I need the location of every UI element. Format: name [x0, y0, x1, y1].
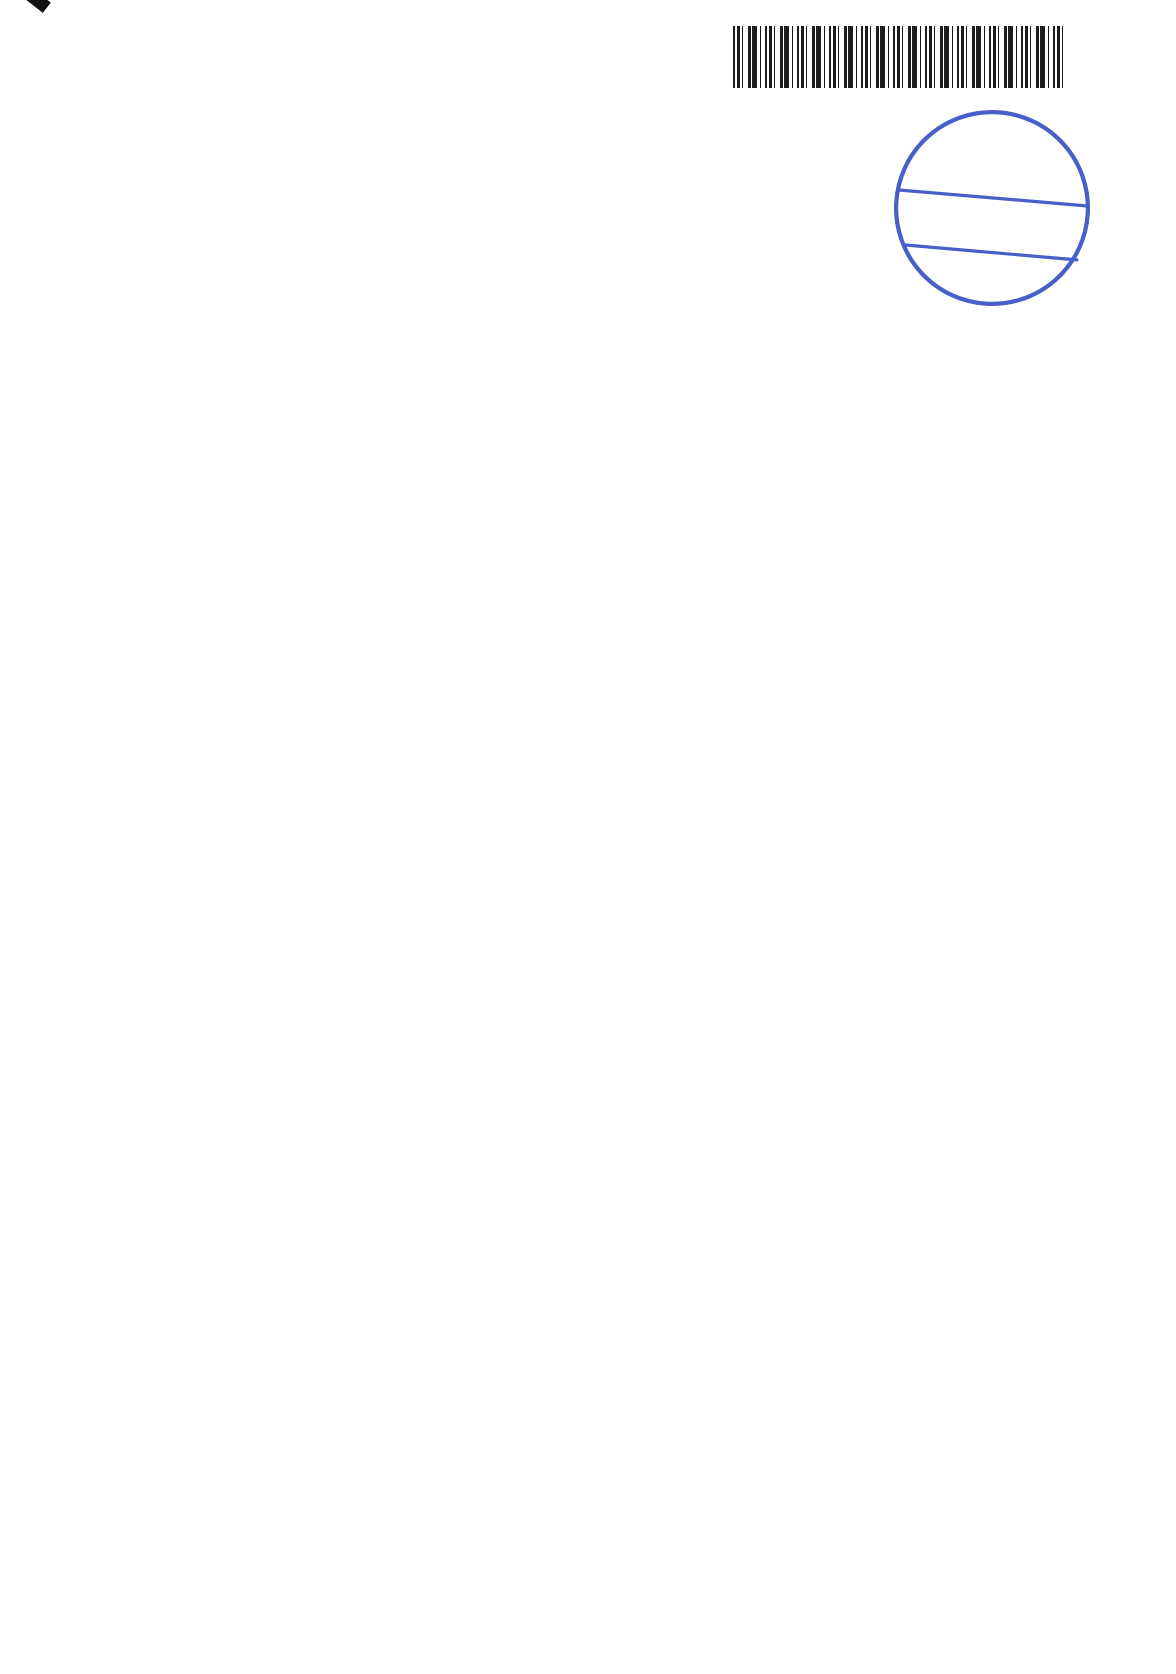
stamp-divider-bottom — [904, 245, 1079, 260]
barcode — [733, 26, 1063, 90]
stamp-divider-top — [899, 190, 1087, 206]
law-firm-receipt-stamp — [881, 97, 1104, 320]
scanned-legal-document-page — [0, 0, 1176, 1674]
stamp-circle — [891, 107, 1093, 309]
scan-artifact — [19, 0, 51, 13]
barcode-bars — [733, 26, 1063, 88]
